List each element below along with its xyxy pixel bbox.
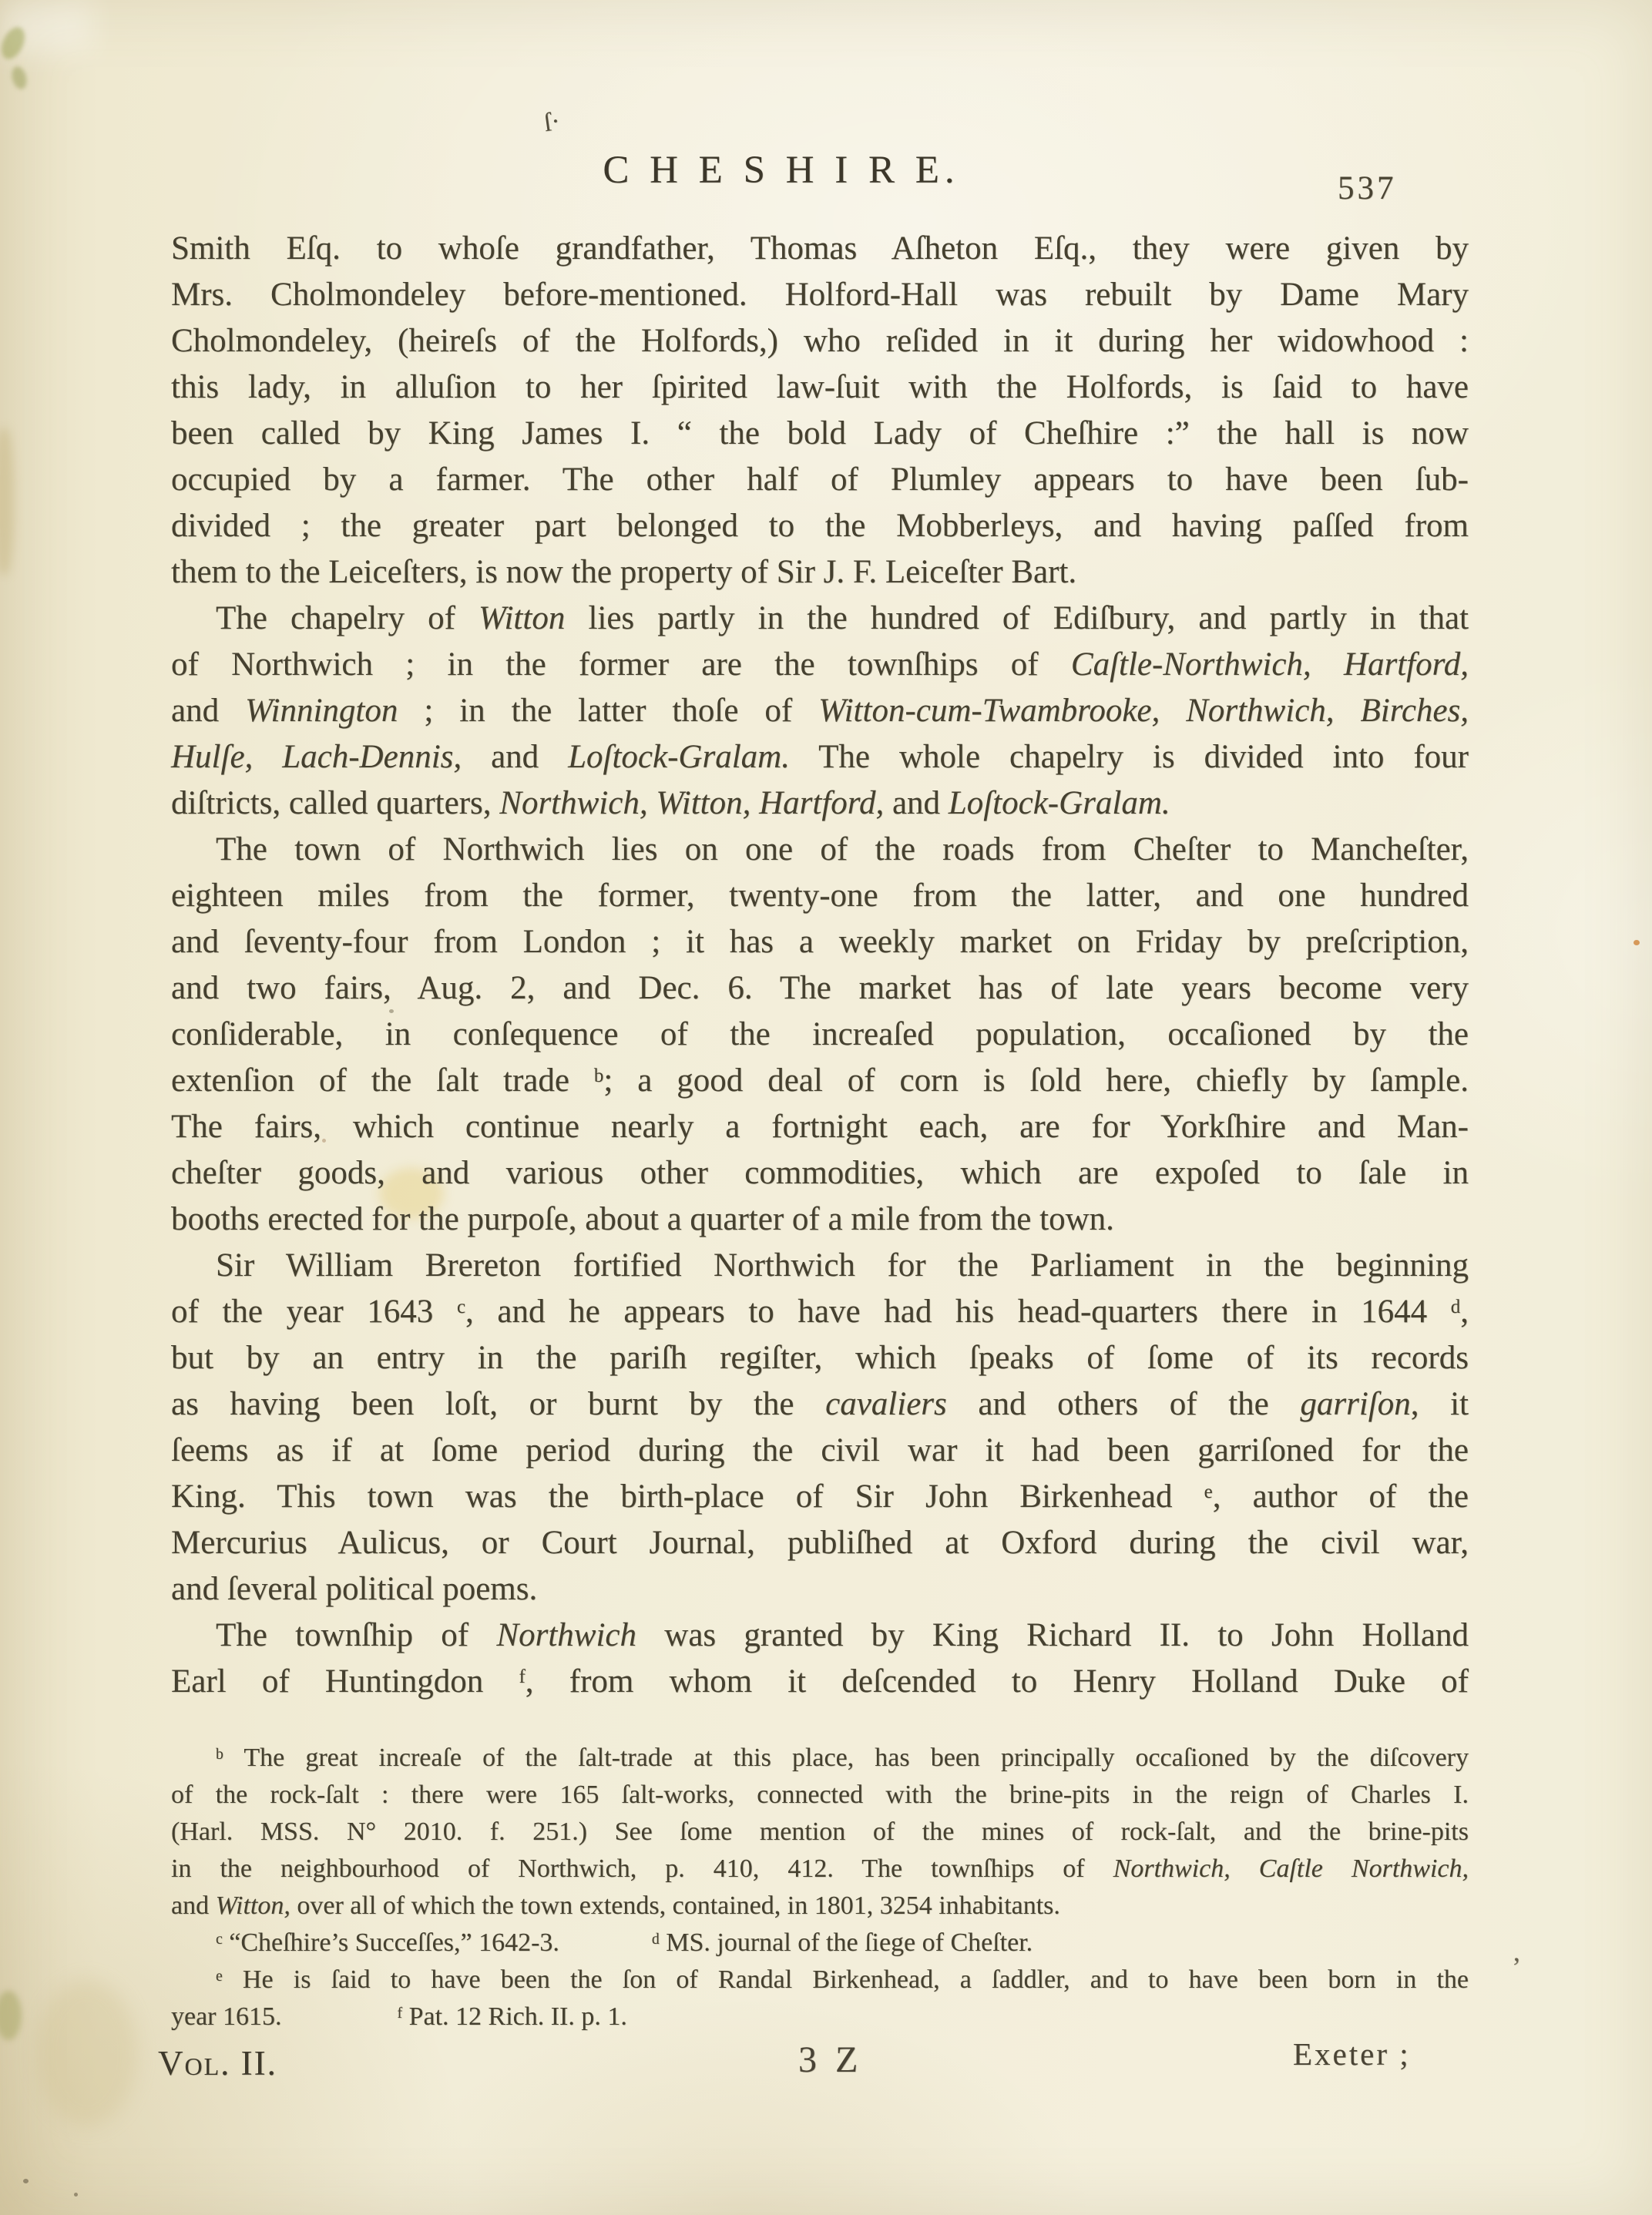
volume-label: Vol. II. [158, 2043, 277, 2083]
body-line: diſtricts, called quarters, Northwich, W… [171, 780, 1469, 827]
text-segment: (Harl. MSS. N° 2010. f. 251.) See ſome m… [171, 1817, 1469, 1846]
text-segment: booths erected for the purpoſe, about a … [171, 1201, 1114, 1237]
text-segment: and two fairs, Aug. 2, and Dec. 6. The m… [171, 970, 1469, 1006]
text-segment: ; a good deal of corn is ſold here, chie… [603, 1062, 1469, 1099]
text-segment: Witton [478, 600, 565, 636]
body-line: this lady, in alluſion to her ſpirited l… [171, 364, 1469, 411]
footnote-line: b The great increaſe of the ſalt-trade a… [171, 1740, 1469, 1777]
body-line: Mrs. Cholmondeley before-mentioned. Holf… [171, 272, 1469, 318]
body-line: extenſion of the ſalt trade b; a good de… [171, 1058, 1469, 1104]
body-line: and two fairs, Aug. 2, and Dec. 6. The m… [171, 965, 1469, 1012]
text-segment: conſiderable, in conſequence of the incr… [171, 1016, 1469, 1052]
body-line: occupied by a farmer. The other half of … [171, 457, 1469, 503]
body-line: Hulſe, Lach-Dennis, and Loſtock-Gralam. … [171, 734, 1469, 780]
footnote-marker: d [1451, 1297, 1460, 1317]
book-page-scan: ſ· ’ C H E S H I R E. 537 Smith Eſq. to … [0, 0, 1652, 2215]
stain-left-edge [0, 428, 14, 575]
foxing-speck-orange [1634, 940, 1640, 945]
stain-green-bottom-left [0, 1991, 22, 2040]
text-segment: of Northwich ; in the former are the tow… [171, 646, 1071, 683]
text-segment: The townſhip of [216, 1617, 496, 1653]
body-line: them to the Leiceſters, is now the prope… [171, 549, 1469, 596]
body-line: of Northwich ; in the former are the tow… [171, 642, 1469, 688]
text-segment: Earl of Huntingdon [171, 1663, 519, 1700]
body-line: Smith Eſq. to whoſe grandfather, Thomas … [171, 226, 1469, 272]
text-segment: as having been loſt, or burnt by the [171, 1386, 825, 1422]
text-segment: ; in the latter thoſe of [398, 693, 818, 729]
body-line: and ſeveral political poems. [171, 1566, 1469, 1613]
ink-smudge-mark: ſ· [542, 107, 562, 139]
footnote-line: (Harl. MSS. N° 2010. f. 251.) See ſome m… [171, 1814, 1469, 1851]
page-number: 537 [1338, 169, 1397, 207]
footnote-marker: b [594, 1066, 603, 1086]
body-line: Mercurius Aulicus, or Court Journal, pub… [171, 1520, 1469, 1566]
text-segment: Caſtle-Northwich, Hartford, [1071, 646, 1469, 683]
page-corner-highlight [0, 0, 92, 54]
text-segment: The chapelry of [216, 600, 478, 636]
stain-green-top-left-2 [9, 65, 29, 91]
text-segment: Smith Eſq. to whoſe grandfather, Thomas … [171, 230, 1469, 267]
body-line: Sir William Brereton fortified Northwich… [171, 1243, 1469, 1289]
text-segment: and [462, 739, 568, 775]
text-segment: Pat. 12 Rich. II. p. 1. [402, 2002, 627, 2031]
text-segment: occupied by a farmer. The other half of … [171, 461, 1469, 498]
text-segment: ſeems as if at ſome period during the ci… [171, 1432, 1469, 1468]
text-segment: , author of the [1213, 1478, 1469, 1515]
text-segment: was granted by King Richard II. to John … [636, 1617, 1469, 1653]
footnote-line: year 1615.f Pat. 12 Rich. II. p. 1. [171, 1999, 1469, 2035]
text-segment: The great increaſe of the ſalt-trade at … [223, 1743, 1469, 1772]
text-segment: Mercurius Aulicus, or Court Journal, pub… [171, 1525, 1469, 1561]
body-line: Earl of Huntingdon f, from whom it deſce… [171, 1659, 1469, 1705]
stain-green-top-left [0, 24, 29, 63]
text-segment: Loſtock-Gralam. [568, 739, 790, 775]
text-segment: and ſeveral political poems. [171, 1571, 537, 1607]
text-segment: Mrs. Cholmondeley before-mentioned. Holf… [171, 277, 1469, 313]
text-segment: King. This town was the birth-place of S… [171, 1478, 1204, 1515]
footnotes: b The great increaſe of the ſalt-trade a… [171, 1740, 1469, 2035]
footnote-marker: e [1204, 1482, 1213, 1502]
text-segment: Winnington [245, 693, 398, 729]
stray-apostrophe-mark: ’ [1512, 1951, 1521, 1983]
text-segment: of the year 1643 [171, 1294, 457, 1330]
spacer [559, 1950, 652, 1951]
text-segment: , and he appears to have had his head-qu… [465, 1294, 1451, 1330]
body-line: but by an entry in the pariſh regiſter, … [171, 1335, 1469, 1381]
text-segment: them to the Leiceſters, is now the prope… [171, 554, 1076, 590]
footnote-marker: e [216, 1968, 223, 1985]
text-segment: Northwich, Caſtle Northwich, [1113, 1854, 1469, 1883]
text-segment: divided ; the greater part belonged to t… [171, 508, 1469, 544]
text-segment: garriſon [1300, 1386, 1410, 1422]
body-line: The fairs, which continue nearly a fortn… [171, 1104, 1469, 1150]
footnote-marker: d [652, 1931, 660, 1948]
text-segment: Cholmondeley, (heireſs of the Holfords,)… [171, 323, 1469, 359]
body-line: cheſter goods, and various other commodi… [171, 1150, 1469, 1196]
text-segment: , from whom it deſcended to Henry Hollan… [525, 1663, 1469, 1700]
body-line: of the year 1643 c, and he appears to ha… [171, 1289, 1469, 1335]
body-line: ſeems as if at ſome period during the ci… [171, 1428, 1469, 1474]
text-segment: and ſeventy-four from London ; it has a … [171, 924, 1469, 960]
footnote-line: and Witton, over all of which the town e… [171, 1888, 1469, 1925]
text-segment: Loſtock-Gralam. [949, 785, 1170, 821]
body-line: as having been loſt, or burnt by the cav… [171, 1381, 1469, 1428]
foxing-speck [23, 2179, 29, 2183]
text-segment: , [1460, 1294, 1469, 1330]
spacer [282, 2024, 398, 2025]
footnote-line: in the neighbourhood of Northwich, p. 41… [171, 1851, 1469, 1888]
footnote-line: of the rock-ſalt : there were 165 ſalt-w… [171, 1777, 1469, 1814]
text-segment: of the rock-ſalt : there were 165 ſalt-w… [171, 1780, 1469, 1809]
body-line: The townſhip of Northwich was granted by… [171, 1613, 1469, 1659]
footnote-marker: f [398, 2005, 403, 2022]
text-segment: lies partly in the hundred of Ediſbury, … [565, 600, 1469, 636]
text-segment: extenſion of the ſalt trade [171, 1062, 594, 1099]
foxing-speck [74, 2193, 78, 2197]
running-head: C H E S H I R E. [0, 148, 1563, 193]
footnote-marker: c [216, 1931, 223, 1948]
text-segment: The fairs, which continue nearly a fortn… [171, 1109, 1469, 1145]
text-segment: Northwich [496, 1617, 636, 1653]
body-line: conſiderable, in conſequence of the incr… [171, 1012, 1469, 1058]
text-segment: Sir William Brereton fortified Northwich… [216, 1247, 1469, 1284]
text-segment: this lady, in alluſion to her ſpirited l… [171, 369, 1469, 405]
text-segment: and others of the [947, 1386, 1301, 1422]
text-segment: and [171, 693, 245, 729]
body-line: eighteen miles from the former, twenty-o… [171, 873, 1469, 919]
text-segment: been called by King James I. “ the bold … [171, 415, 1469, 451]
body-line: The town of Northwich lies on one of the… [171, 827, 1469, 873]
text-segment: “Cheſhire’s Succeſſes,” 1642-3. [223, 1928, 559, 1957]
text-segment: The town of Northwich lies on one of the… [216, 831, 1469, 868]
body-line: King. This town was the birth-place of S… [171, 1474, 1469, 1520]
footnote-marker: b [216, 1746, 223, 1763]
text-segment: MS. journal of the ſiege of Cheſter. [660, 1928, 1032, 1957]
text-segment: and [884, 785, 949, 821]
text-segment: year 1615. [171, 2002, 282, 2031]
text-segment: Northwich, Witton, Hartford, [499, 785, 884, 821]
text-segment: , it [1411, 1386, 1469, 1422]
body-text: Smith Eſq. to whoſe grandfather, Thomas … [171, 226, 1469, 1705]
footnote-line: c “Cheſhire’s Succeſſes,” 1642-3.d MS. j… [171, 1925, 1469, 1962]
body-line: booths erected for the purpoſe, about a … [171, 1196, 1469, 1243]
text-segment: Witton-cum-Twambrooke, Northwich, Birche… [818, 693, 1469, 729]
text-segment: cavaliers [825, 1386, 947, 1422]
text-segment: The whole chapelry is divided into four [790, 739, 1469, 775]
body-line: and ſeventy-four from London ; it has a … [171, 919, 1469, 965]
footnote-line: e He is ſaid to have been the ſon of Ran… [171, 1962, 1469, 1999]
text-segment: Hulſe, Lach-Dennis, [171, 739, 462, 775]
stain-tan-bottom-left [37, 1980, 137, 2126]
footnote-marker: c [457, 1297, 465, 1317]
text-segment: eighteen miles from the former, twenty-o… [171, 878, 1469, 914]
catchword: Exeter ; [1293, 2035, 1411, 2072]
text-segment: and [171, 1891, 216, 1920]
body-line: The chapelry of Witton lies partly in th… [171, 596, 1469, 642]
text-segment: but by an entry in the pariſh regiſter, … [171, 1340, 1469, 1376]
text-segment: over all of which the town extends, cont… [290, 1891, 1060, 1920]
body-line: Cholmondeley, (heireſs of the Holfords,)… [171, 318, 1469, 364]
text-segment: diſtricts, called quarters, [171, 785, 499, 821]
text-segment: cheſter goods, and various other commodi… [171, 1155, 1469, 1191]
text-segment: Witton, [216, 1891, 290, 1920]
body-line: divided ; the greater part belonged to t… [171, 503, 1469, 549]
text-segment: He is ſaid to have been the ſon of Randa… [223, 1965, 1469, 1994]
footnote-marker: f [519, 1666, 525, 1687]
text-segment: in the neighbourhood of Northwich, p. 41… [171, 1854, 1113, 1883]
signature-mark: 3 Z [798, 2039, 862, 2081]
body-line: and Winnington ; in the latter thoſe of … [171, 688, 1469, 734]
body-line: been called by King James I. “ the bold … [171, 411, 1469, 457]
